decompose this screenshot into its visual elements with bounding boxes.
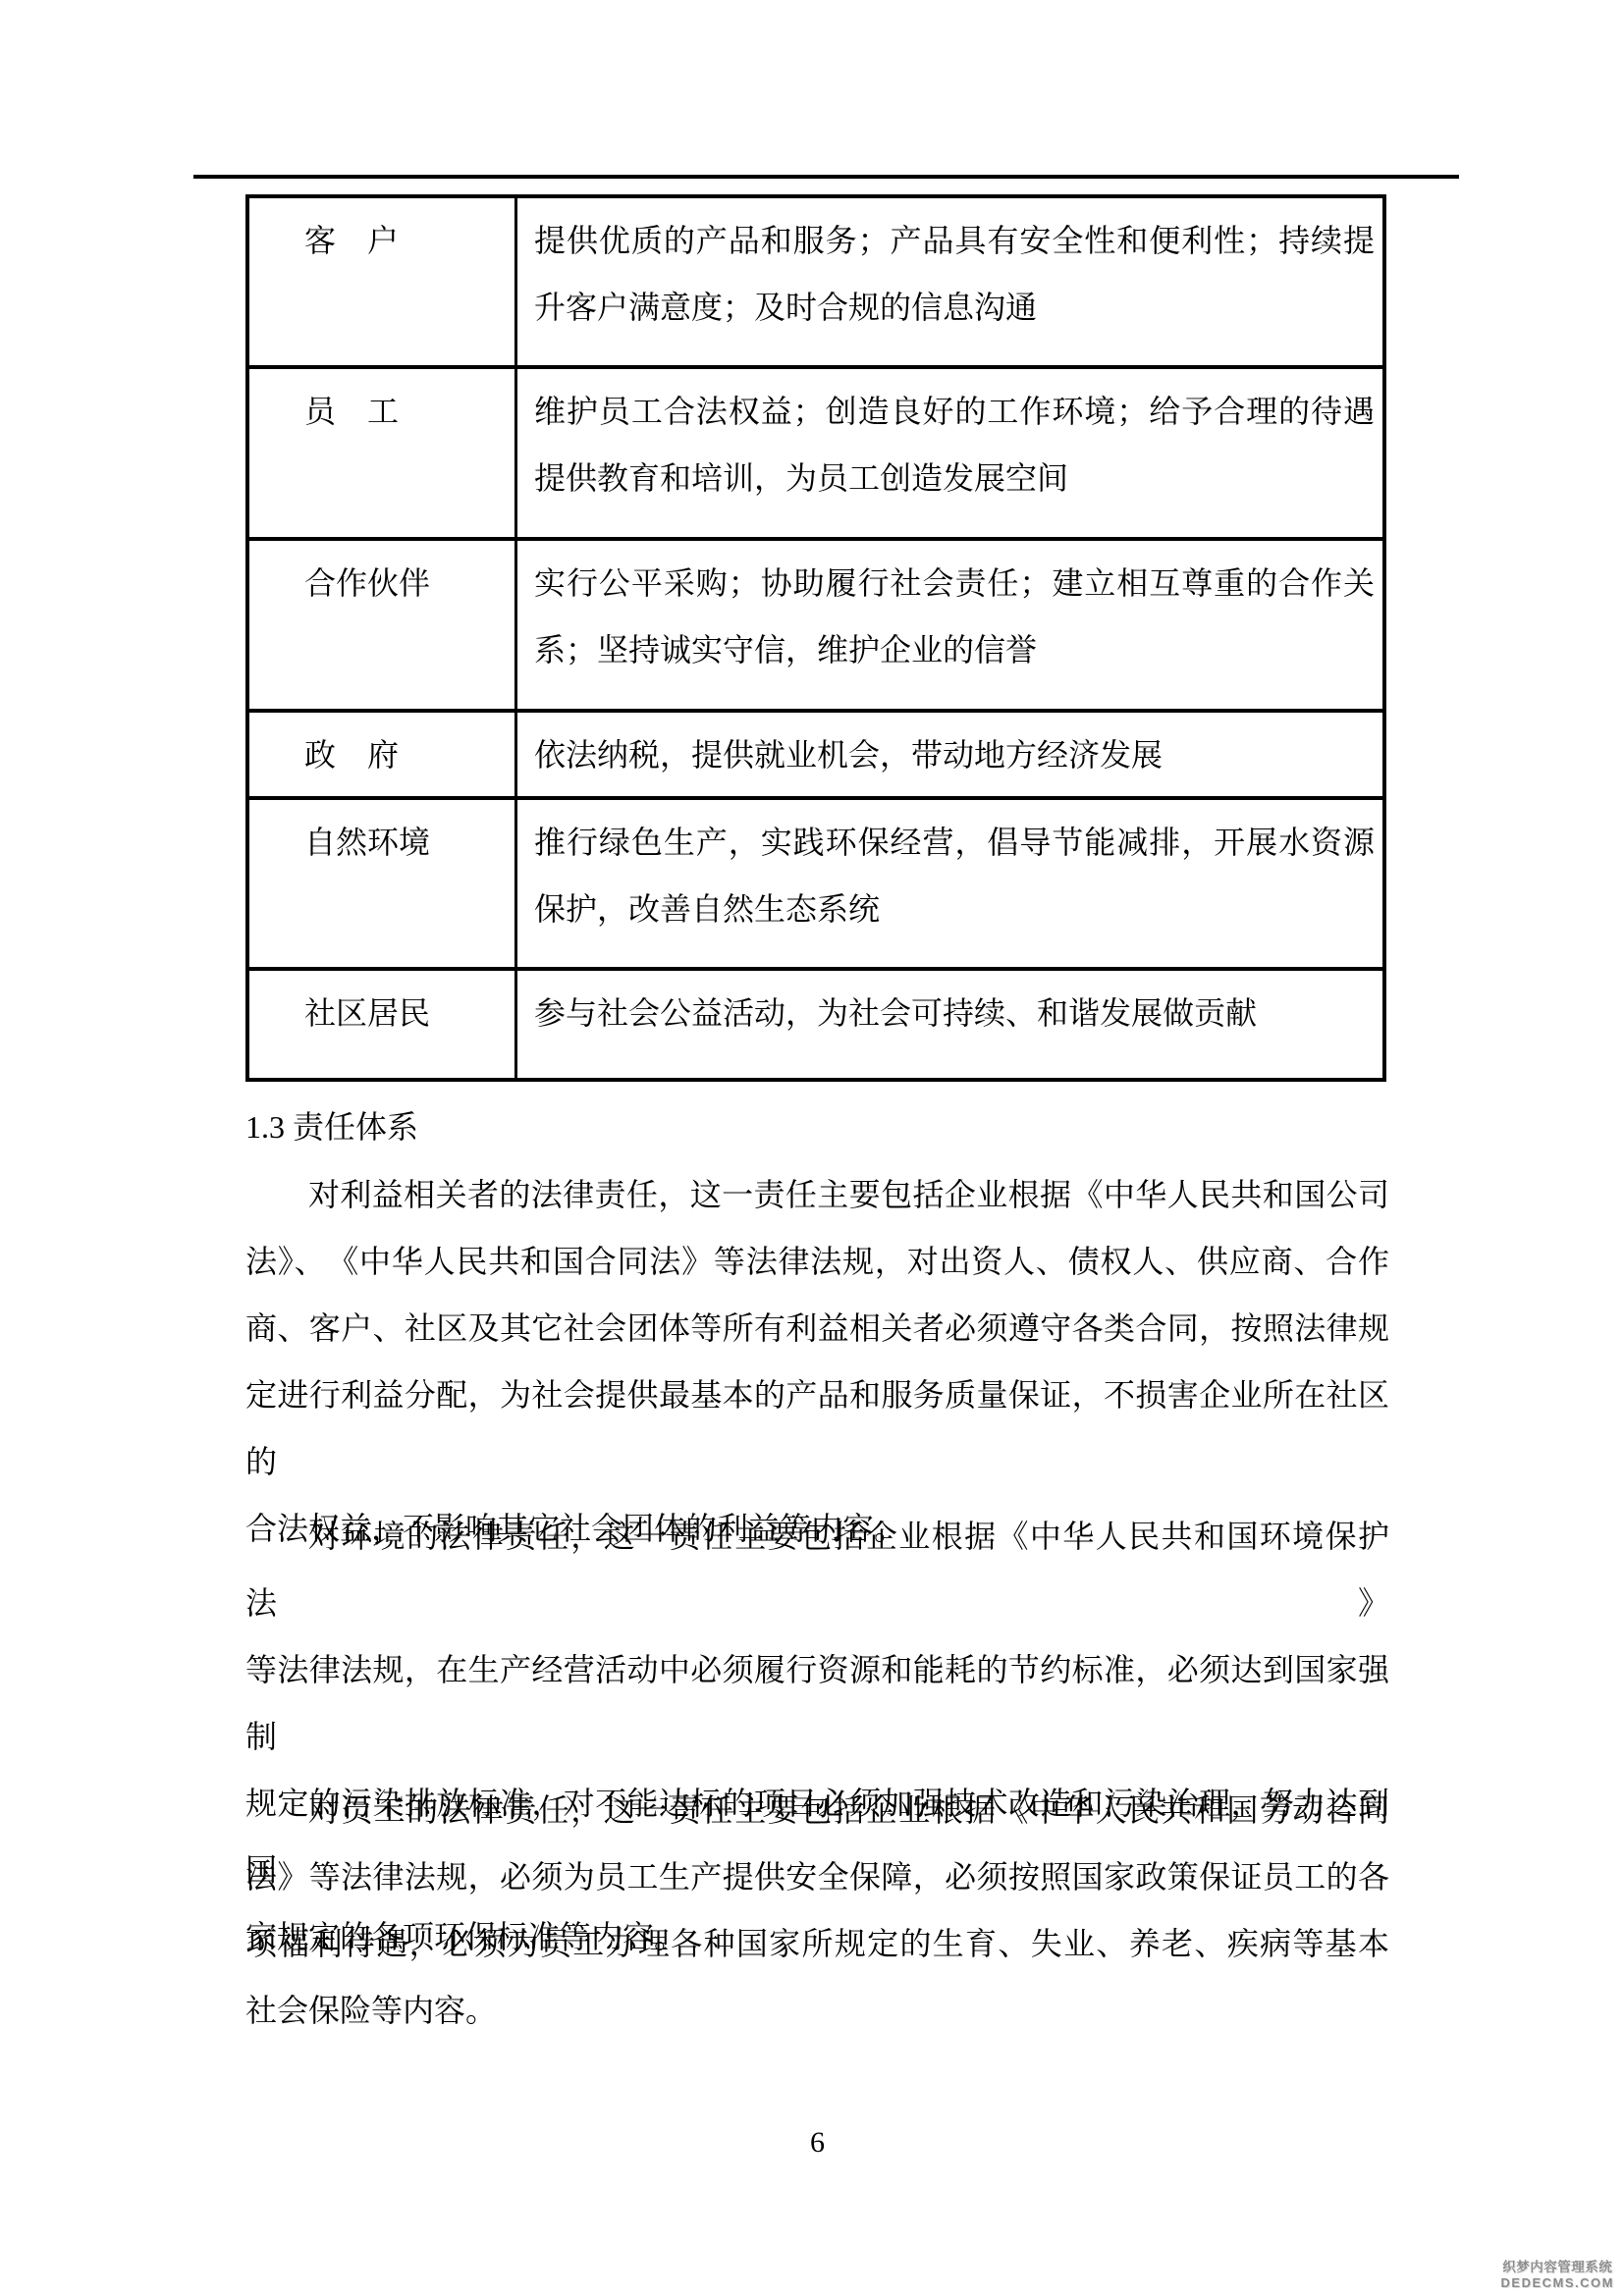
- content-line: 升客户满意度；及时合规的信息沟通: [534, 274, 1375, 341]
- table-row: 合作伙伴 实行公平采购；协助履行社会责任；建立相互尊重的合作关 系；坚持诚实守信…: [249, 537, 1382, 709]
- row-content: 依法纳税，提供就业机会，带动地方经济发展: [517, 713, 1382, 796]
- header-rule: [193, 175, 1459, 179]
- row-label: 政 府: [249, 713, 517, 796]
- paragraph-line: 对利益相关者的法律责任，这一责任主要包括企业根据《中华人民共和国公司: [245, 1161, 1389, 1228]
- content-line: 参与社会公益活动，为社会可持续、和谐发展做贡献: [534, 980, 1375, 1046]
- row-label: 客 户: [249, 198, 517, 365]
- content-line: 系；坚持诚实守信，维护企业的信誉: [534, 616, 1375, 683]
- paragraph-line: 定进行利益分配，为社会提供最基本的产品和服务质量保证，不损害企业所在社区的: [245, 1362, 1389, 1495]
- content-line: 保护，改善自然生态系统: [534, 876, 1375, 942]
- page-number: 6: [245, 2123, 1389, 2163]
- watermark-chinese-text: 织梦内容管理系统: [1501, 2260, 1614, 2275]
- content-line: 依法纳税，提供就业机会，带动地方经济发展: [534, 721, 1375, 788]
- section-heading: 1.3 责任体系: [245, 1105, 1389, 1148]
- paragraph-line: 项福利待遇，必须为员工办理各种国家所规定的生育、失业、养老、疾病等基本: [245, 1910, 1389, 1977]
- row-label: 员 工: [249, 369, 517, 537]
- row-label: 合作伙伴: [249, 541, 517, 709]
- document-page: 客 户 提供优质的产品和服务；产品具有安全性和便利性；持续提 升客户满意度；及时…: [0, 0, 1624, 2296]
- content-line: 提供优质的产品和服务；产品具有安全性和便利性；持续提: [534, 207, 1375, 274]
- row-label: 自然环境: [249, 800, 517, 967]
- row-content: 维护员工合法权益；创造良好的工作环境；给予合理的待遇 提供教育和培训，为员工创造…: [517, 369, 1382, 537]
- paragraph-line: 法》等法律法规，必须为员工生产提供安全保障，必须按照国家政策保证员工的各: [245, 1843, 1389, 1910]
- paragraph-line: 法》、 《中华人民共和国合同法》等法律法规，对出资人、债权人、供应商、合作: [245, 1228, 1389, 1295]
- paragraph: 对利益相关者的法律责任，这一责任主要包括企业根据《中华人民共和国公司 法》、 《…: [245, 1161, 1389, 1562]
- paragraph-line: 等法律法规，在生产经营活动中必须履行资源和能耗的节约标准，必须达到国家强制: [245, 1636, 1389, 1770]
- row-content: 推行绿色生产，实践环保经营，倡导节能减排，开展水资源 保护，改善自然生态系统: [517, 800, 1382, 967]
- row-content: 参与社会公益活动，为社会可持续、和谐发展做贡献: [517, 971, 1382, 1078]
- content-line: 提供教育和培训，为员工创造发展空间: [534, 445, 1375, 511]
- row-label: 社区居民: [249, 971, 517, 1078]
- watermark: 织梦内容管理系统 DEDECMS.COM: [1501, 2260, 1614, 2290]
- paragraph: 对员工的法律责任，这一责任主要包括企业根据《中华人民共和国劳动合同 法》等法律法…: [245, 1777, 1389, 2044]
- stakeholder-table: 客 户 提供优质的产品和服务；产品具有安全性和便利性；持续提 升客户满意度；及时…: [245, 194, 1386, 1082]
- table-row: 社区居民 参与社会公益活动，为社会可持续、和谐发展做贡献: [249, 967, 1382, 1078]
- table-row: 自然环境 推行绿色生产，实践环保经营，倡导节能减排，开展水资源 保护，改善自然生…: [249, 796, 1382, 967]
- content-line: 维护员工合法权益；创造良好的工作环境；给予合理的待遇: [534, 378, 1375, 445]
- paragraph-line: 社会保险等内容。: [245, 1977, 1389, 2044]
- content-line: 推行绿色生产，实践环保经营，倡导节能减排，开展水资源: [534, 809, 1375, 876]
- row-content: 实行公平采购；协助履行社会责任；建立相互尊重的合作关 系；坚持诚实守信，维护企业…: [517, 541, 1382, 709]
- watermark-dedecms-text: DEDECMS.COM: [1501, 2275, 1614, 2290]
- paragraph-line: 对环境的法律责任，这一责任主要包括企业根据《中华人民共和国环境保护法》: [245, 1503, 1389, 1636]
- table-row: 客 户 提供优质的产品和服务；产品具有安全性和便利性；持续提 升客户满意度；及时…: [249, 198, 1382, 365]
- paragraph-line: 商、客户、社区及其它社会团体等所有利益相关者必须遵守各类合同，按照法律规: [245, 1295, 1389, 1362]
- paragraph-line: 对员工的法律责任，这一责任主要包括企业根据《中华人民共和国劳动合同: [245, 1777, 1389, 1843]
- table-row: 员 工 维护员工合法权益；创造良好的工作环境；给予合理的待遇 提供教育和培训，为…: [249, 365, 1382, 537]
- table-row: 政 府 依法纳税，提供就业机会，带动地方经济发展: [249, 709, 1382, 796]
- row-content: 提供优质的产品和服务；产品具有安全性和便利性；持续提 升客户满意度；及时合规的信…: [517, 198, 1382, 365]
- content-line: 实行公平采购；协助履行社会责任；建立相互尊重的合作关: [534, 550, 1375, 616]
